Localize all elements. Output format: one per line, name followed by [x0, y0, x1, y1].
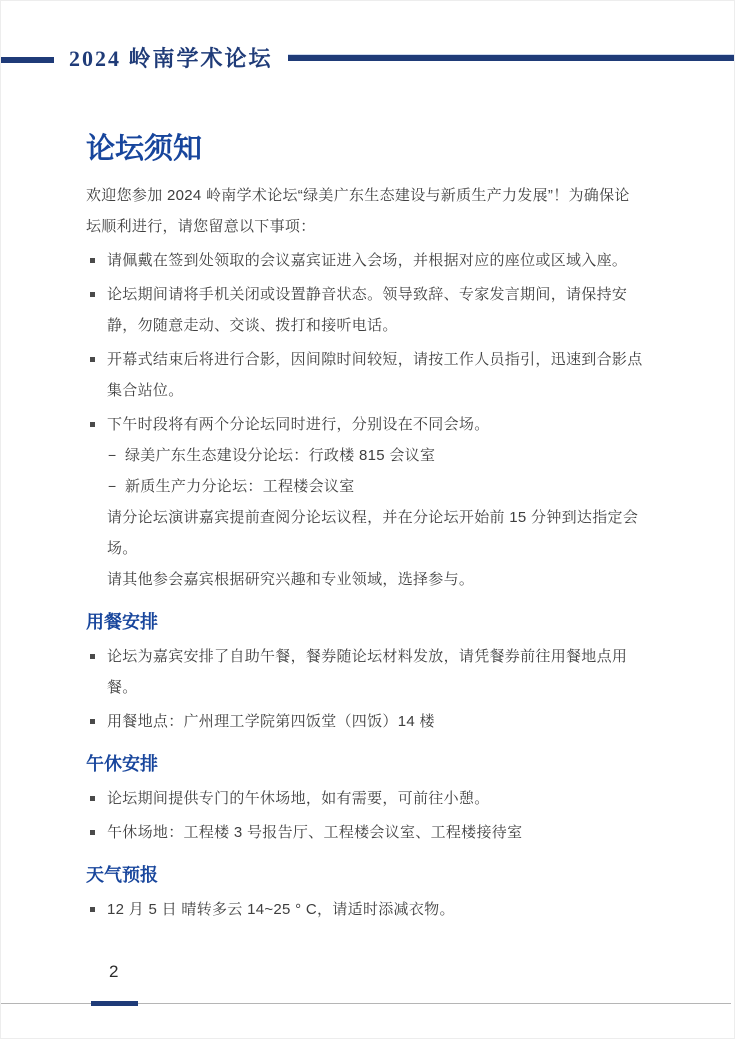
noon-break-item: 午休场地：工程楼 3 号报告厅、工程楼会议室、工程楼接待室	[86, 817, 643, 848]
subforum-item: 绿美广东生态建设分论坛：行政楼 815 会议室	[86, 440, 643, 471]
notice-item: 下午时段将有两个分论坛同时进行，分别设在不同会场。	[86, 409, 643, 440]
subforum-item: 新质生产力分论坛：工程楼会议室	[86, 471, 643, 502]
meals-list: 论坛为嘉宾安排了自助午餐，餐券随论坛材料发放，请凭餐券前往用餐地点用餐。 用餐地…	[86, 641, 643, 737]
page-title: 论坛须知	[86, 132, 643, 166]
section-heading-noon-break: 午休安排	[86, 751, 643, 777]
content-area: 论坛须知 欢迎您参加 2024 岭南学术论坛“绿美广东生态建设与新质生产力发展”…	[86, 132, 643, 925]
noon-break-list: 论坛期间提供专门的午休场地，如有需要，可前往小憩。 午休场地：工程楼 3 号报告…	[86, 783, 643, 848]
header-brand: 2024 岭南学术论坛	[69, 45, 273, 73]
meals-item: 论坛为嘉宾安排了自助午餐，餐券随论坛材料发放，请凭餐券前往用餐地点用餐。	[86, 641, 643, 703]
weather-list: 12 月 5 日 晴转多云 14~25 ° C，请适时添减衣物。	[86, 894, 643, 925]
section-heading-meals: 用餐安排	[86, 609, 643, 635]
document-page: 2024 岭南学术论坛 论坛须知 欢迎您参加 2024 岭南学术论坛“绿美广东生…	[0, 0, 735, 1039]
weather-item: 12 月 5 日 晴转多云 14~25 ° C，请适时添减衣物。	[86, 894, 643, 925]
subforum-block: 绿美广东生态建设分论坛：行政楼 815 会议室 新质生产力分论坛：工程楼会议室 …	[86, 440, 643, 595]
subforum-note: 请其他参会嘉宾根据研究兴趣和专业领域，选择参与。	[86, 564, 643, 595]
notice-item: 请佩戴在签到处领取的会议嘉宾证进入会场，并根据对应的座位或区域入座。	[86, 245, 643, 276]
page-number: 2	[109, 961, 118, 983]
noon-break-item: 论坛期间提供专门的午休场地，如有需要，可前往小憩。	[86, 783, 643, 814]
subforum-note: 请分论坛演讲嘉宾提前查阅分论坛议程，并在分论坛开始前 15 分钟到达指定会场。	[86, 502, 643, 564]
header-rule-right	[288, 54, 734, 61]
notice-item: 开幕式结束后将进行合影，因间隙时间较短，请按工作人员指引，迅速到合影点集合站位。	[86, 344, 643, 406]
meals-item: 用餐地点：广州理工学院第四饭堂（四饭）14 楼	[86, 706, 643, 737]
section-heading-weather: 天气预报	[86, 862, 643, 888]
intro-paragraph: 欢迎您参加 2024 岭南学术论坛“绿美广东生态建设与新质生产力发展”！为确保论…	[86, 180, 643, 242]
header-rule-left	[1, 57, 54, 63]
footer-accent-bar	[91, 1001, 138, 1006]
notice-item: 论坛期间请将手机关闭或设置静音状态。领导致辞、专家发言期间，请保持安静，勿随意走…	[86, 279, 643, 341]
notice-list: 请佩戴在签到处领取的会议嘉宾证进入会场，并根据对应的座位或区域入座。 论坛期间请…	[86, 245, 643, 440]
